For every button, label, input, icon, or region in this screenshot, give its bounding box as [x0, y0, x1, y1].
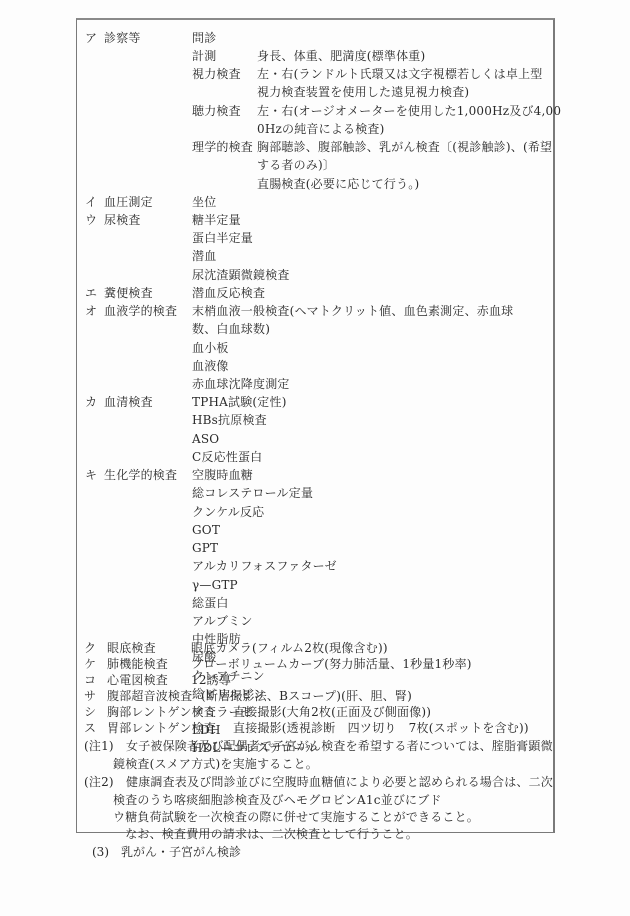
section-mark: イ [85, 194, 97, 210]
item-label: 潜血反応検査 [192, 285, 265, 301]
section-category: 生化学的検査 [104, 467, 177, 483]
item-label: 数、白血球数) [192, 321, 270, 337]
section-category: 血液学的検査 [104, 303, 177, 319]
note-text: 検査のうち喀痰細胞診検査及びヘモグロビンA1c並びにブド [113, 792, 442, 808]
item-label: 直接撮影(透視診断 四ツ切り 7枚(スポットを含む)) [233, 720, 529, 736]
item-detail: 身長、体重、肥満度(標準体重) [257, 48, 425, 64]
item-detail: 視力検査装置を使用した遠見視力検査) [257, 84, 469, 100]
section-category: 血清検査 [104, 394, 153, 410]
section-category: 眼底検査 [107, 640, 156, 656]
item-label: 直接撮影(大角2枚(正面及び側面像)) [233, 704, 431, 720]
note-text: 女子被保険者及び配偶者で子宮がん検査を希望する者については、腟脂膏顕微 [126, 738, 553, 754]
section-mark: ケ [84, 656, 96, 672]
item-label: GOT [192, 522, 220, 538]
item-label: 糖半定量 [192, 212, 241, 228]
section-category: 診察等 [104, 30, 141, 46]
item-label: HBs抗原検査 [192, 412, 267, 428]
item-label: 血液像 [192, 358, 229, 374]
item-label: 総蛋白 [192, 595, 229, 611]
item-label: フローボリュームカーブ(努力肺活量、1秒量1秒率) [191, 656, 472, 672]
note-text: 鏡検査(スメア方式)を実施すること。 [113, 756, 318, 772]
item-label: 坐位 [192, 194, 216, 210]
item-label: 血小板 [192, 340, 229, 356]
section-category: 腹部超音波検査 [107, 688, 192, 704]
note-text: 健康調査表及び問診並びに空腹時血糖値により必要と認められる場合は、二次 [126, 774, 553, 790]
item-label: 聴力検査 [192, 103, 241, 119]
note-text: なお、検査費用の請求は、二次検査として行うこと。 [113, 826, 418, 842]
section-category: 胃部レントゲン検査 [107, 720, 216, 736]
item-label: 計測 [192, 48, 216, 64]
section-mark: オ [85, 303, 97, 319]
note-label: (注1) [84, 738, 114, 754]
section-mark: カ [85, 394, 97, 410]
section-mark: ウ [85, 212, 97, 228]
item-label: 理学的検査 [192, 139, 253, 155]
item-label: 視力検査 [192, 66, 241, 82]
item-label: (断層撮影法、Bスコープ)(肝、胆、腎) [201, 688, 412, 704]
item-detail: 左・右(オージオメーターを使用した1,000Hz及び4,00 [257, 103, 561, 119]
section-mark: エ [85, 285, 97, 301]
item-detail: 左・右(ランドルト氏環又は文字視標若しくは卓上型 [257, 66, 542, 82]
section-category: 肺機能検査 [107, 656, 168, 672]
section-mark: サ [84, 688, 96, 704]
item-label: 総コレステロール定量 [192, 485, 313, 501]
section-mark: ア [85, 30, 97, 46]
item-label: 12誘導 [191, 672, 231, 688]
section-mark: コ [84, 672, 96, 688]
item-label: 潜血 [192, 248, 216, 264]
item-detail: 0Hzの純音による検査) [257, 121, 385, 137]
section-heading-breast-uterine-cancer-screening: (3) 乳がん・子宮がん検診 [92, 843, 241, 860]
note-label: (注2) [84, 774, 114, 790]
item-label: 空腹時血糖 [192, 467, 253, 483]
item-label: TPHA試験(定性) [192, 394, 287, 410]
section-mark: ク [84, 640, 96, 656]
item-label: 末梢血液一般検査(ヘマトクリット値、血色素測定、赤血球 [192, 303, 513, 319]
section-mark: ス [84, 720, 96, 736]
item-label: 尿沈渣顕微鏡検査 [192, 267, 290, 283]
item-label: C反応性蛋白 [192, 449, 262, 465]
section-category: 糞便検査 [104, 285, 153, 301]
item-label: アルブミン [192, 613, 253, 629]
item-detail: 直腸検査(必要に応じて行う。) [257, 176, 419, 192]
item-label: 蛋白半定量 [192, 230, 253, 246]
item-detail: する者のみ)〕 [257, 157, 335, 173]
item-label: クンケル反応 [192, 504, 264, 520]
item-label: アルカリフォスファターゼ [192, 558, 337, 574]
item-label: γ—GTP [192, 577, 238, 593]
item-label: ASO [192, 431, 219, 447]
item-detail: 胸部聴診、腹部触診、乳がん検査〔(視診触診)、(希望 [257, 139, 552, 155]
item-label: 眼底カメラ(フィルム2枚(現像含む)) [191, 640, 388, 656]
section-category: 尿検査 [104, 212, 141, 228]
section-category: 血圧測定 [104, 194, 153, 210]
section-mark: シ [84, 704, 96, 720]
item-label: GPT [192, 540, 218, 556]
section-category: 心電図検査 [107, 672, 168, 688]
section-mark: キ [85, 467, 97, 483]
section-category: 胸部レントゲン検査 [107, 704, 216, 720]
item-label: 問診 [192, 30, 216, 46]
note-text: ウ糖負荷試験を一次検査の際に併せて実施することができること。 [113, 809, 479, 825]
item-label: 赤血球沈降度測定 [192, 376, 290, 392]
